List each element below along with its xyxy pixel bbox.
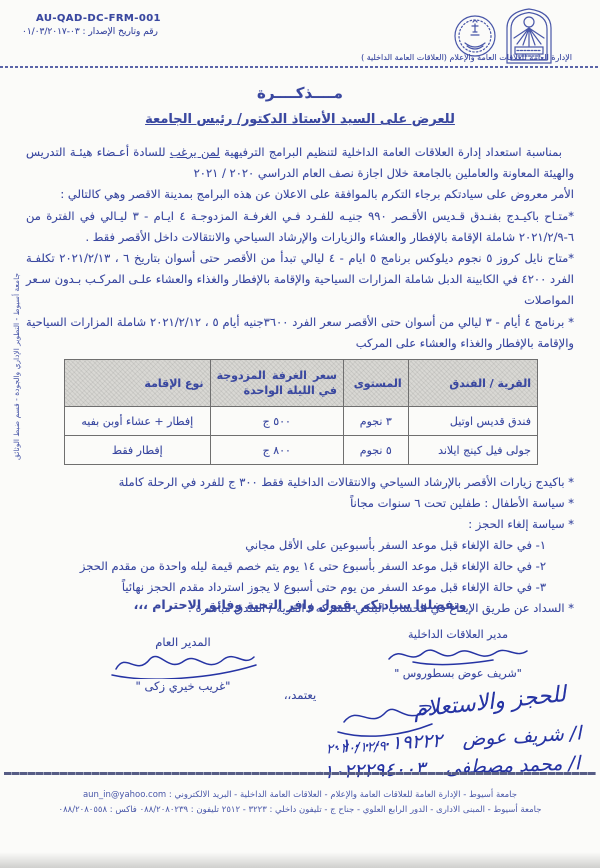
- board-type: إفطار فقط: [65, 436, 211, 465]
- hotel-name: فندق قديس اوتيل: [408, 407, 537, 436]
- col-header-level: المستوى: [343, 360, 408, 407]
- paragraph-intro: بمناسبة استعداد إدارة العلاقات العامة ال…: [26, 142, 574, 184]
- form-code: AU-QAD-DC-FRM-001: [36, 13, 161, 24]
- contact-name: ا/ محمد مصطفى: [445, 752, 581, 779]
- signature-block-internal-relations: مدير العلاقات الداخلية "شريف عوض بسطوروس…: [358, 628, 558, 680]
- hotels-table: القرية / الفندق المستوى سعر الغرفة المزد…: [64, 359, 538, 465]
- footer-address-line: جامعة أسيوط - الإدارة العامة للعلاقات ال…: [0, 790, 600, 800]
- table-header-row: القرية / الفندق المستوى سعر الغرفة المزد…: [65, 360, 538, 407]
- paragraph-package-3: * برنامج ٤ أيام - ٣ ليالي من أسوان حتى ا…: [26, 312, 574, 354]
- footer-divider: [4, 772, 596, 775]
- col-header-price: سعر الغرفة المزدوجة في الليلة الواحدة: [210, 360, 343, 407]
- paragraph-intro-pre: بمناسبة استعداد إدارة العلاقات العامة ال…: [220, 145, 562, 159]
- hotel-name: جولى فيل كينج ايلاند: [408, 436, 537, 465]
- hotel-level: ٣ نجوم: [343, 407, 408, 436]
- header-divider: [0, 66, 600, 68]
- signature-title: مدير العلاقات الداخلية: [358, 628, 558, 641]
- paragraph-package-2: *متاح نايل كروز ٥ نجوم ديلوكس برنامج ٥ ا…: [26, 248, 574, 312]
- note-line-numbered: ١- في حالة الإلغاء قبل موعد السفر بأسبوع…: [26, 535, 574, 556]
- contact-name: ا/ شريف عوض: [462, 722, 582, 750]
- table-row: جولى فيل كينج ايلاند ٥ نجوم ٨٠٠ ج إفطار …: [65, 436, 538, 465]
- note-line: * سياسة إلغاء الحجز :: [26, 514, 574, 535]
- table-row: فندق قديس اوتيل ٣ نجوم ٥٠٠ ج إفطار + عشا…: [65, 407, 538, 436]
- contact-phone: ٠١٠٢٢٢٩٤٠٠٣: [313, 758, 426, 784]
- room-price: ٨٠٠ ج: [210, 436, 343, 465]
- hotel-level: ٥ نجوم: [343, 436, 408, 465]
- memo-subtitle: للعرض على السيد الأستاذ الدكتور/ رئيس ال…: [0, 112, 600, 127]
- col-header-board: نوع الإقامة: [65, 360, 211, 407]
- signature-block-general-manager: المدير العام "غريب خيري زكى ": [98, 635, 268, 693]
- note-line-numbered: ٣- في حالة الإلغاء قبل موعد السفر من يوم…: [26, 577, 574, 598]
- issue-date-line: رقم وتاريخ الإصدار : ٠٣-٠١/٠٣/٢٠١٧: [22, 27, 158, 37]
- booking-contact-line: ا/ محمد مصطفى ٠١٠٢٢٢٩٤٠٠٣: [313, 752, 581, 783]
- closing-line: وتفضلوا سيادتكم بقبول وافر التحية وفائق …: [0, 597, 600, 612]
- note-line-numbered: ٢- في حالة الإلغاء قبل موعد السفر بأسبوع…: [26, 556, 574, 577]
- memo-page: AU-QAD-DC-FRM-001 رقم وتاريخ الإصدار : ٠…: [0, 0, 600, 868]
- memo-body: بمناسبة استعداد إدارة العلاقات العامة ال…: [26, 142, 574, 619]
- document-control-side-text: جامعة أسيوط - التطوير الإداري والجودة - …: [12, 273, 21, 505]
- note-line: * باكيدج زيارات الأقصر بالإرشاد السياحي …: [26, 472, 574, 493]
- board-type: إفطار + عشاء أوبن بفيه: [65, 407, 211, 436]
- contact-phone: ٠١٠٠٠٠١٩٢٢٢: [330, 730, 443, 758]
- department-line: الإدارة العامة للعلاقات العامة والإعلام …: [361, 53, 572, 62]
- scan-edge-shadow: [0, 852, 600, 868]
- memo-title: مــــذكــــرة: [0, 84, 600, 102]
- col-header-hotel: القرية / الفندق: [408, 360, 537, 407]
- room-price: ٥٠٠ ج: [210, 407, 343, 436]
- note-line: * سياسة الأطفال : طفلين تحت ٦ سنوات مجان…: [26, 493, 574, 514]
- paragraph-package-1: *متـاح باكيـدج بفنـدق قـديس الأقـصر ٩٩٠ …: [26, 206, 574, 248]
- paragraph-intro-underlined: لمن يرغب: [170, 145, 220, 159]
- footer-contact-line: جامعة أسيوط - المبنى الادارى - الدور الر…: [0, 805, 600, 815]
- signature-title: المدير العام: [98, 635, 268, 649]
- paragraph-request: الأمر معروض على سيادتكم برجاء التكرم بال…: [26, 184, 574, 205]
